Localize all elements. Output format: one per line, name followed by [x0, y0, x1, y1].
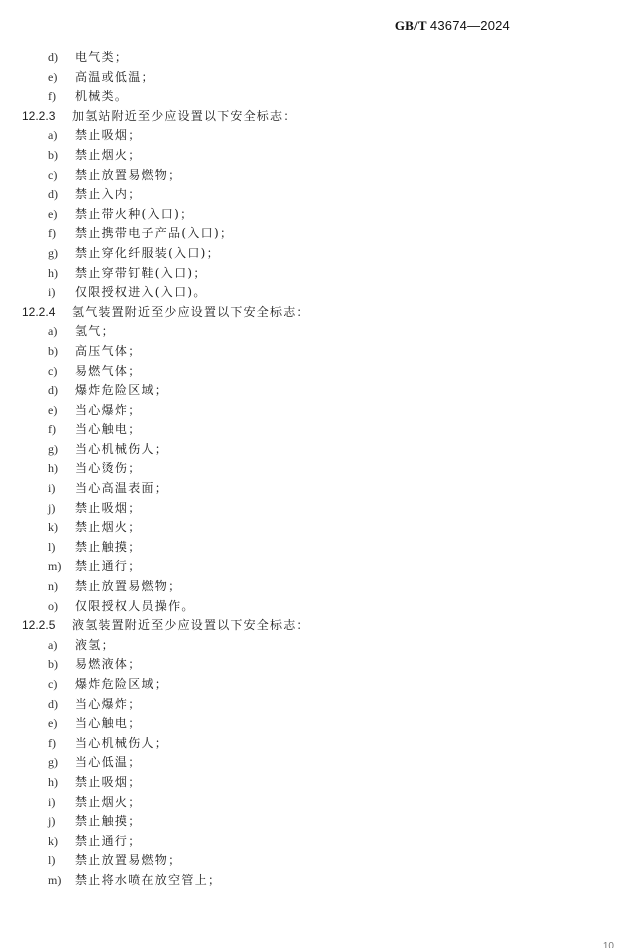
clause-title: 氢气装置附近至少应设置以下安全标志： [72, 305, 310, 319]
standard-prefix: GB/T [395, 18, 427, 33]
list-marker: a) [48, 636, 75, 656]
list-marker: c) [48, 675, 75, 695]
list-item: h)禁止吸烟； [0, 773, 640, 793]
list-text: 当心机械伤人； [75, 442, 168, 456]
list-text: 当心爆炸； [75, 697, 142, 711]
list-marker: c) [48, 362, 75, 382]
list-marker: l) [48, 851, 75, 871]
list-marker: b) [48, 655, 75, 675]
list-marker: o) [48, 597, 75, 617]
list-item: i)当心高温表面； [0, 479, 640, 499]
list-marker: c) [48, 166, 75, 186]
list-text: 禁止放置易燃物； [75, 579, 181, 593]
list-item: e)禁止带火种(入口)； [0, 205, 640, 225]
list-item: h)当心烫伤； [0, 459, 640, 479]
list-item: j)禁止吸烟； [0, 499, 640, 519]
list-item: a)禁止吸烟； [0, 126, 640, 146]
list-marker: a) [48, 126, 75, 146]
list-text: 易燃液体； [75, 657, 142, 671]
list-text: 禁止烟火； [75, 148, 142, 162]
list-text: 高压气体； [75, 344, 142, 358]
list-marker: h) [48, 773, 75, 793]
list-item: n)禁止放置易燃物； [0, 577, 640, 597]
list-item: k)禁止烟火； [0, 518, 640, 538]
list-item: d)爆炸危险区域； [0, 381, 640, 401]
list-item: f)禁止携带电子产品(入口)； [0, 224, 640, 244]
list-text: 禁止触摸； [75, 814, 142, 828]
list-marker: i) [48, 283, 75, 303]
list-item: i)仅限授权进入(入口)。 [0, 283, 640, 303]
list-text: 禁止携带电子产品(入口)； [75, 226, 233, 240]
list-text: 禁止入内； [75, 187, 142, 201]
list-text: 禁止吸烟； [75, 501, 142, 515]
list-text: 当心触电； [75, 716, 142, 730]
list-item: f)当心触电； [0, 420, 640, 440]
list-text: 禁止穿化纤服装(入口)； [75, 246, 220, 260]
list-text: 爆炸危险区域； [75, 677, 168, 691]
list-marker: d) [48, 185, 75, 205]
list-marker: m) [48, 557, 75, 577]
list-marker: h) [48, 264, 75, 284]
list-item: d)当心爆炸； [0, 695, 640, 715]
list-item: c)易燃气体； [0, 362, 640, 382]
list-marker: k) [48, 832, 75, 852]
list-text: 易燃气体； [75, 364, 142, 378]
list-text: 氢气； [75, 324, 115, 338]
list-text: 禁止带火种(入口)； [75, 207, 193, 221]
list-marker: j) [48, 499, 75, 519]
list-item: d)电气类； [0, 48, 640, 68]
list-text: 电气类； [75, 50, 128, 64]
list-text: 禁止放置易燃物； [75, 853, 181, 867]
list-item: g)禁止穿化纤服装(入口)； [0, 244, 640, 264]
list-item: e)高温或低温； [0, 68, 640, 88]
list-text: 禁止烟火； [75, 520, 142, 534]
list-marker: e) [48, 205, 75, 225]
list-item: h)禁止穿带钉鞋(入口)； [0, 264, 640, 284]
list-item: i)禁止烟火； [0, 793, 640, 813]
standard-number: 43674—2024 [430, 18, 510, 33]
list-marker: b) [48, 342, 75, 362]
list-text: 禁止穿带钉鞋(入口)； [75, 266, 207, 280]
list-marker: j) [48, 812, 75, 832]
list-item: b)易燃液体； [0, 655, 640, 675]
list-item: c)爆炸危险区域； [0, 675, 640, 695]
list-text: 当心低温； [75, 755, 142, 769]
list-text: 禁止通行； [75, 559, 142, 573]
clause-title: 液氢装置附近至少应设置以下安全标志： [72, 618, 310, 632]
clause-title: 加氢站附近至少应设置以下安全标志： [72, 109, 296, 123]
list-item: f)当心机械伤人； [0, 734, 640, 754]
list-item: k)禁止通行； [0, 832, 640, 852]
list-marker: h) [48, 459, 75, 479]
list-marker: l) [48, 538, 75, 558]
list-item: j)禁止触摸； [0, 812, 640, 832]
list-marker: g) [48, 753, 75, 773]
list-marker: k) [48, 518, 75, 538]
list-marker: m) [48, 871, 75, 891]
list-item: a)液氢； [0, 636, 640, 656]
list-text: 高温或低温； [75, 70, 155, 84]
list-marker: e) [48, 714, 75, 734]
list-item: e)当心爆炸； [0, 401, 640, 421]
clause-number: 12.2.5 [22, 616, 72, 636]
list-text: 仅限授权进入(入口)。 [75, 285, 207, 299]
list-text: 禁止吸烟； [75, 775, 142, 789]
list-text: 当心爆炸； [75, 403, 142, 417]
list-text: 禁止通行； [75, 834, 142, 848]
list-item: b)高压气体； [0, 342, 640, 362]
list-marker: e) [48, 68, 75, 88]
list-marker: f) [48, 420, 75, 440]
clause-heading-12-2-4: 12.2.4氢气装置附近至少应设置以下安全标志： [0, 303, 640, 323]
standard-code-header: GB/T 43674—2024 [395, 18, 510, 34]
list-text: 禁止吸烟； [75, 128, 142, 142]
list-item: m)禁止通行； [0, 557, 640, 577]
list-item: a)氢气； [0, 322, 640, 342]
list-item: c)禁止放置易燃物； [0, 166, 640, 186]
list-marker: g) [48, 440, 75, 460]
list-text: 当心烫伤； [75, 461, 142, 475]
list-marker: i) [48, 793, 75, 813]
list-item: e)当心触电； [0, 714, 640, 734]
list-text: 当心高温表面； [75, 481, 168, 495]
list-item: o)仅限授权人员操作。 [0, 597, 640, 617]
list-text: 禁止将水喷在放空管上； [75, 873, 221, 887]
list-marker: d) [48, 695, 75, 715]
list-marker: d) [48, 48, 75, 68]
list-marker: b) [48, 146, 75, 166]
list-item: g)当心机械伤人； [0, 440, 640, 460]
list-text: 当心机械伤人； [75, 736, 168, 750]
list-item: g)当心低温； [0, 753, 640, 773]
list-item: b)禁止烟火； [0, 146, 640, 166]
list-text: 机械类。 [75, 89, 128, 103]
list-marker: d) [48, 381, 75, 401]
list-item: f)机械类。 [0, 87, 640, 107]
list-item: l)禁止放置易燃物； [0, 851, 640, 871]
clause-number: 12.2.3 [22, 107, 72, 127]
list-item: m)禁止将水喷在放空管上； [0, 871, 640, 891]
list-marker: n) [48, 577, 75, 597]
document-body: d)电气类； e)高温或低温； f)机械类。 12.2.3加氢站附近至少应设置以… [0, 48, 640, 891]
list-marker: f) [48, 224, 75, 244]
list-marker: f) [48, 87, 75, 107]
list-marker: i) [48, 479, 75, 499]
clause-heading-12-2-5: 12.2.5液氢装置附近至少应设置以下安全标志： [0, 616, 640, 636]
list-text: 爆炸危险区域； [75, 383, 168, 397]
list-marker: a) [48, 322, 75, 342]
list-item: l)禁止触摸； [0, 538, 640, 558]
list-text: 禁止触摸； [75, 540, 142, 554]
list-marker: g) [48, 244, 75, 264]
list-text: 当心触电； [75, 422, 142, 436]
page-number: 10 [603, 941, 614, 948]
clause-number: 12.2.4 [22, 303, 72, 323]
list-item: d)禁止入内； [0, 185, 640, 205]
list-text: 禁止放置易燃物； [75, 168, 181, 182]
list-text: 禁止烟火； [75, 795, 142, 809]
list-text: 仅限授权人员操作。 [75, 599, 195, 613]
list-marker: f) [48, 734, 75, 754]
list-text: 液氢； [75, 638, 115, 652]
list-marker: e) [48, 401, 75, 421]
clause-heading-12-2-3: 12.2.3加氢站附近至少应设置以下安全标志： [0, 107, 640, 127]
